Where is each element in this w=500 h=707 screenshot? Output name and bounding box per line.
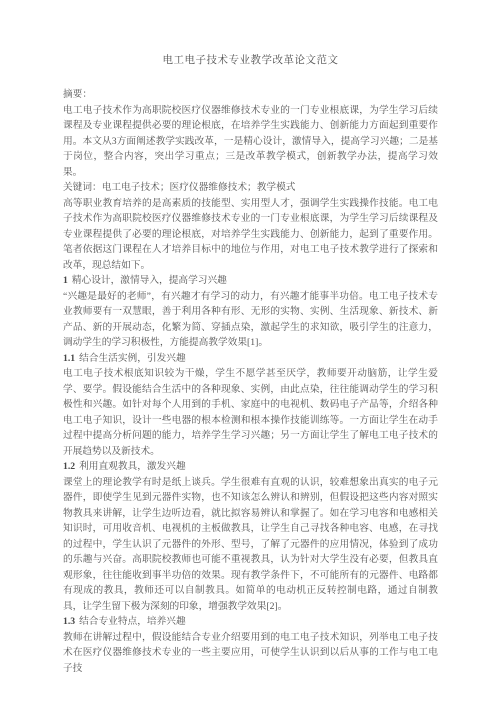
section-1-number: 1 — [63, 275, 68, 286]
section-1-heading-text: 精心设计，激情导入，提高学习兴趣 — [72, 275, 227, 286]
section-1-2-number: 1.2 — [63, 461, 75, 472]
section-1-3-heading-text: 结合专业特点，培养兴趣 — [79, 616, 186, 627]
section-1-3-heading: 1.3结合专业特点，培养兴趣 — [63, 614, 438, 630]
section-1-1-heading: 1.1结合生活实例，引发兴趣 — [63, 351, 438, 367]
section-1-1-heading-text: 结合生活实例，引发兴趣 — [79, 353, 186, 364]
intro-paragraph: 高等职业教育培养的是高素质的技能型、实用型人才，强调学生实践操作技能。电工电子技… — [63, 196, 438, 274]
section-1-3-number: 1.3 — [63, 616, 75, 627]
abstract-label: 摘要： — [63, 87, 438, 103]
abstract-paragraph: 电工电子技术作为高职院校医疗仪器维修技术专业的一门专业根底课，为学生学习后续课程… — [63, 103, 438, 181]
page-title: 电工电子技术专业教学改革论文范文 — [63, 53, 438, 69]
section-1-1-paragraph: 电工电子技术根底知识较为干燥，学生不愿学甚至厌学，教师要开动脑筋，让学生爱学、要… — [63, 366, 438, 459]
section-1-1-number: 1.1 — [63, 353, 75, 364]
keywords-line: 关键词：电工电子技术；医疗仪器维修技术；教学模式 — [63, 180, 438, 196]
section-1-2-heading-text: 利用直观教具，激发兴趣 — [79, 461, 186, 472]
section-1-2-paragraph: 课堂上的理论教学有时是纸上谈兵。学生很难有直观的认识，较难想象出真实的电子元器件… — [63, 475, 438, 615]
section-1-paragraph: “兴趣是最好的老师”，有兴趣才有学习的动力，有兴趣才能事半功倍。电工电子技术专业… — [63, 289, 438, 351]
section-1-3-paragraph: 教师在讲解过程中，假设能结合专业介绍要用到的电工电子技术知识，列举电工电子技术在… — [63, 630, 438, 677]
section-1-2-heading: 1.2利用直观教具，激发兴趣 — [63, 459, 438, 475]
section-1-heading: 1精心设计，激情导入，提高学习兴趣 — [63, 273, 438, 289]
document-page: 电工电子技术专业教学改革论文范文 摘要： 电工电子技术作为高职院校医疗仪器维修技… — [0, 0, 500, 707]
